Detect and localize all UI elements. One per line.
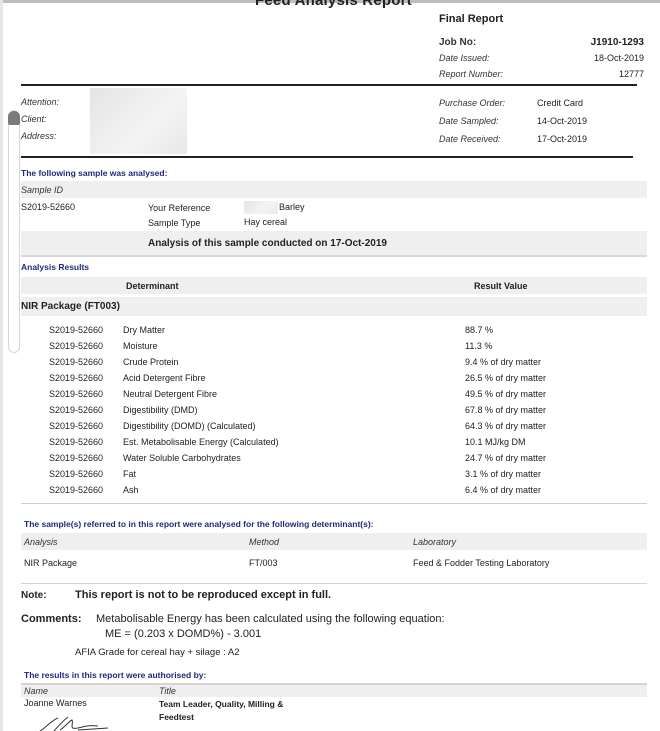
determinant-cell: Digestibility (DMD) [123,405,465,415]
address-label: Address: [21,130,59,147]
scrollbar-track[interactable] [8,110,20,353]
sample-header-band [21,181,647,198]
report-number-label: Report Number: [439,69,503,79]
report-number-row: Report Number: 12777 [439,66,644,82]
method-row-analysis: NIR Package [24,558,77,568]
window-left-edge [0,0,3,731]
client-divider [21,156,633,158]
your-reference-value: Barley [279,202,305,212]
table-row: S2019-52660Fat3.1 % of dry matter [49,466,609,482]
purchase-order-label: Purchase Order: [439,98,537,108]
conducted-text: Analysis of this sample conducted on 17-… [148,238,387,249]
document-title: Feed Analysis Report [255,0,412,9]
date-received-label: Date Received: [439,134,537,144]
sample-id-cell: S2019-52660 [49,341,123,351]
table-row: S2019-52660Acid Detergent Fibre26.5 % of… [49,370,609,386]
sample-type-value: Hay cereal [244,217,287,227]
results-divider [21,503,647,504]
sample-id-cell: S2019-52660 [49,421,123,431]
job-no-row: Job No: J1910-1293 [439,34,644,50]
method-row-laboratory: Feed & Fodder Testing Laboratory [413,558,549,568]
methods-divider [21,583,647,584]
date-sampled-label: Date Sampled: [439,116,537,126]
note-label: Note: [21,590,47,601]
sample-id-value: S2019-52660 [21,202,75,212]
result-value-cell: 49.5 % of dry matter [465,389,546,399]
laboratory-column-header: Laboratory [413,537,456,547]
sample-id-cell: S2019-52660 [49,485,123,495]
date-sampled-value: 14-Oct-2019 [537,116,587,126]
sample-divider [21,255,647,257]
determinant-cell: Dry Matter [123,325,465,335]
method-column-header: Method [249,537,279,547]
table-row: S2019-52660Ash6.4 % of dry matter [49,482,609,498]
result-value-cell: 24.7 % of dry matter [465,453,546,463]
table-row: S2019-52660Neutral Detergent Fibre49.5 %… [49,386,609,402]
sample-id-cell: S2019-52660 [49,453,123,463]
determinant-cell: Fat [123,469,465,479]
table-row: S2019-52660Est. Metabolisable Energy (Ca… [49,434,609,450]
comments-label: Comments: [21,613,82,625]
methods-section-title: The sample(s) referred to in this report… [24,519,374,529]
table-row: S2019-52660Moisture11.3 % [49,338,609,354]
comment-equation: ME = (0.203 x DOMD%) - 3.001 [105,628,261,640]
determinant-cell: Water Soluble Carbohydrates [123,453,465,463]
determinant-cell: Digestibility (DOMD) (Calculated) [123,421,465,431]
report-status: Final Report [439,13,644,25]
result-value-cell: 88.7 % [465,325,493,335]
date-received-value: 17-Oct-2019 [537,134,587,144]
report-number-value: 12777 [619,69,644,79]
table-row: S2019-52660Digestibility (DOMD) (Calcula… [49,418,609,434]
sample-id-cell: S2019-52660 [49,405,123,415]
sample-section-title: The following sample was analysed: [21,168,167,178]
date-issued-row: Date Issued: 18-Oct-2019 [439,50,644,66]
report-header-info: Final Report Job No: J1910-1293 Date Iss… [439,13,644,82]
table-row: S2019-52660Water Soluble Carbohydrates24… [49,450,609,466]
client-labels: Attention: Client: Address: [21,96,59,147]
result-value-column-header: Result Value [474,281,528,291]
result-value-cell: 11.3 % [465,341,492,351]
authoriser-name: Joanne Warnes [24,698,87,708]
purchase-order-row: Purchase Order: Credit Card [439,94,599,112]
sample-id-cell: S2019-52660 [49,469,123,479]
redacted-reference [244,201,278,214]
title-column-header: Title [159,686,176,696]
authoriser-title-line-2: Feedtest [159,712,194,722]
sample-id-header: Sample ID [21,185,63,195]
results-header-band [21,277,647,294]
redacted-client-details [90,88,187,154]
result-value-cell: 67.8 % of dry matter [465,405,546,415]
determinant-cell: Moisture [123,341,465,351]
determinant-cell: Est. Metabolisable Energy (Calculated) [123,437,465,447]
date-received-row: Date Received: 17-Oct-2019 [439,130,599,148]
method-row-method: FT/003 [249,558,278,568]
result-value-cell: 3.1 % of dry matter [465,469,541,479]
sample-id-cell: S2019-52660 [49,437,123,447]
purchase-order-value: Credit Card [537,98,583,108]
comment-afia-grade: AFIA Grade for cereal hay + silage : A2 [75,647,240,658]
name-column-header: Name [24,686,48,696]
date-sampled-row: Date Sampled: 14-Oct-2019 [439,112,599,130]
determinant-cell: Acid Detergent Fibre [123,373,465,383]
header-divider [21,84,637,86]
result-value-cell: 9.4 % of dry matter [465,357,541,367]
result-value-cell: 26.5 % of dry matter [465,373,546,383]
job-no-label: Job No: [439,37,476,48]
results-section-title: Analysis Results [21,262,89,272]
determinant-cell: Crude Protein [123,357,465,367]
package-title: NIR Package (FT003) [21,301,120,312]
comment-line-1: Metabolisable Energy has been calculated… [96,613,445,625]
table-row: S2019-52660Crude Protein9.4 % of dry mat… [49,354,609,370]
determinant-column-header: Determinant [126,281,179,291]
authoriser-title-line-1: Team Leader, Quality, Milling & [159,699,283,709]
client-label: Client: [21,113,59,130]
date-issued-label: Date Issued: [439,53,490,63]
authorisation-section-title: The results in this report were authoris… [24,670,206,680]
sample-id-cell: S2019-52660 [49,325,123,335]
result-value-cell: 6.4 % of dry matter [465,485,541,495]
result-value-cell: 64.3 % of dry matter [465,421,546,431]
authorisation-header-band [21,683,647,697]
scrollbar-thumb[interactable] [8,111,20,125]
sample-type-label: Sample Type [148,218,200,228]
analysis-column-header: Analysis [24,537,58,547]
determinant-cell: Ash [123,485,465,495]
your-reference-label: Your Reference [148,203,210,213]
sample-id-cell: S2019-52660 [49,389,123,399]
sample-id-cell: S2019-52660 [49,373,123,383]
signature-icon [38,716,128,731]
attention-label: Attention: [21,96,59,113]
date-issued-value: 18-Oct-2019 [594,53,644,63]
order-info: Purchase Order: Credit Card Date Sampled… [439,94,599,148]
note-text: This report is not to be reproduced exce… [75,589,331,601]
result-value-cell: 10.1 MJ/kg DM [465,437,526,447]
job-no-value: J1910-1293 [591,37,644,48]
sample-id-cell: S2019-52660 [49,357,123,367]
methods-header-band [21,533,647,550]
table-row: S2019-52660Dry Matter88.7 % [49,322,609,338]
determinant-cell: Neutral Detergent Fibre [123,389,465,399]
table-row: S2019-52660Digestibility (DMD)67.8 % of … [49,402,609,418]
